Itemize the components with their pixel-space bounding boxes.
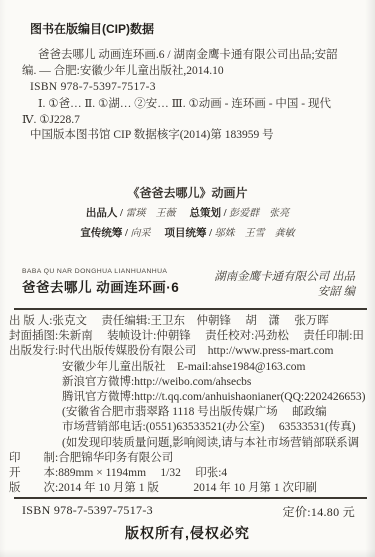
publicity-names: 向采 bbox=[131, 228, 151, 239]
title-left: BABA QU NAR DONGHUA LIANHUANHUA 爸爸去哪儿 动画… bbox=[22, 268, 179, 296]
credit-line-1: 出品人 / 雷瑛 王薇总策划 / 彭爱群 张亮 bbox=[0, 205, 375, 222]
title-right: 湖南金鹰卡通有限公司 出品 安韶 编 bbox=[214, 270, 355, 300]
project-label: 项目统筹 / bbox=[165, 228, 215, 239]
colophon-printer: 印 制:合肥锦华印务有限公司 bbox=[9, 451, 369, 466]
credit-line-2: 宣传统筹 / 向采项目统筹 / 邬姝 王雪 龚敏 bbox=[0, 225, 375, 242]
cip-isbn: ISBN 978-7-5397-7517-3 bbox=[22, 79, 358, 95]
book-title: 爸爸去哪儿 动画连环画·6 bbox=[22, 276, 179, 296]
price: 定价:14.80 元 bbox=[283, 503, 355, 520]
cip-paragraph-line1: 爸爸去哪儿 动画连环画.6 / 湖南金鹰卡通有限公司出品;安韶 bbox=[22, 47, 358, 63]
film-credits: 《爸爸去哪儿》动画片 出品人 / 雷瑛 王薇总策划 / 彭爱群 张亮 宣传统筹 … bbox=[0, 185, 375, 242]
cip-paragraph: 爸爸去哪儿 动画连环画.6 / 湖南金鹰卡通有限公司出品;安韶 编. — 合肥:… bbox=[22, 47, 358, 95]
producer-company: 湖南金鹰卡通有限公司 出品 bbox=[214, 270, 355, 285]
film-title: 《爸爸去哪儿》动画片 bbox=[0, 185, 375, 202]
title-pinyin: BABA QU NAR DONGHUA LIANHUANHUA bbox=[22, 268, 179, 275]
colophon-press-email: 安徽少年儿童出版社 E-mail:ahse1984@163.com bbox=[9, 360, 369, 375]
cip-paragraph-line2: 编. — 合肥:安徽少年儿童出版社,2014.10 bbox=[22, 63, 358, 79]
divider-bottom bbox=[14, 497, 367, 499]
project-names: 邬姝 王雪 龚敏 bbox=[215, 228, 295, 239]
chief-planner-names: 彭爱群 张亮 bbox=[229, 208, 289, 219]
divider-top bbox=[14, 308, 367, 310]
colophon-tencent-weibo: 腾讯官方微博:http://t.qq.com/anhuishaonianer(Q… bbox=[9, 390, 369, 405]
colophon-sina-weibo: 新浪官方微博:http://weibo.com/ahsecbs bbox=[9, 375, 369, 390]
cip-classification: Ⅰ. ①爸… Ⅱ. ①湖… ②安… Ⅲ. ①动画 - 连环画 - 中国 - 现代… bbox=[22, 96, 358, 128]
chief-planner-label: 总策划 / bbox=[190, 208, 230, 219]
producers-label: 出品人 / bbox=[86, 208, 126, 219]
cip-record-number: 中国版本图书馆 CIP 数据核字(2014)第 183959 号 bbox=[30, 126, 274, 142]
publicity-label: 宣传统筹 / bbox=[80, 228, 130, 239]
cip-class-line1: Ⅰ. ①爸… Ⅱ. ①湖… ②安… Ⅲ. ①动画 - 连环画 - 中国 - 现代 bbox=[22, 96, 358, 112]
copyright-page: 图书在版编目(CIP)数据 爸爸去哪儿 动画连环画.6 / 湖南金鹰卡通有限公司… bbox=[0, 0, 375, 557]
isbn-price-row: ISBN 978-7-5397-7517-3 定价:14.80 元 bbox=[22, 503, 355, 520]
colophon-format: 开 本:889mm × 1194mm 1/32 印张:4 bbox=[9, 466, 369, 481]
colophon-publisher: 出 版 人:张克文 责任编辑:王卫东 仲朝锋 胡 潇 张万晖 bbox=[9, 314, 369, 329]
producers-names: 雷瑛 王薇 bbox=[126, 208, 176, 219]
colophon-marketing-phone: 市场营销部电话:(0551)63533521(办公室) 63533531(传真) bbox=[9, 420, 369, 435]
copyright-notice: 版权所有,侵权必究 bbox=[0, 523, 375, 543]
colophon: 出 版 人:张克文 责任编辑:王卫东 仲朝锋 胡 潇 张万晖 封面插图:朱新南 … bbox=[9, 314, 369, 496]
colophon-distribution: 出版发行:时代出版传媒股份有限公司 http://www.press-mart.… bbox=[9, 344, 369, 359]
colophon-edition: 版 次:2014 年 10 月第 1 版 2014 年 10 月第 1 次印刷 bbox=[9, 481, 369, 496]
colophon-address: (安徽省合肥市翡翠路 1118 号出版传媒广场 邮政编码:230071) bbox=[9, 405, 369, 420]
colophon-quality-note: (如发现印装质量问题,影响阅读,请与本社市场营销部联系调换) bbox=[9, 436, 369, 451]
isbn-number: ISBN 978-7-5397-7517-3 bbox=[22, 503, 153, 520]
cip-header: 图书在版编目(CIP)数据 bbox=[30, 20, 154, 37]
colophon-design: 封面插图:朱新南 装帧设计:仲朝锋 责任校对:冯劲松 责任印制:田 航 bbox=[9, 329, 369, 344]
editor-name: 安韶 编 bbox=[214, 285, 355, 300]
